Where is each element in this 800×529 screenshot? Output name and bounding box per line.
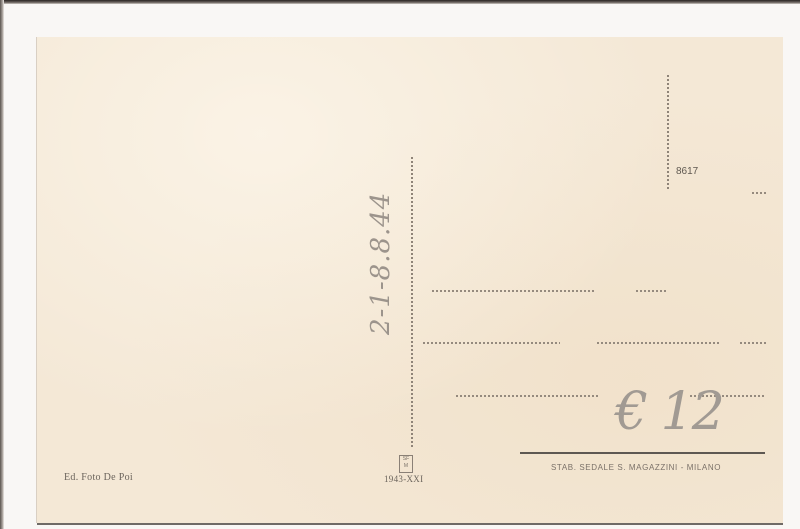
catalog-number: 8617 [676,166,698,177]
address-line-3 [456,395,600,397]
scan-edge-top [0,0,800,4]
address-line-2b [597,342,720,344]
stamp-box-bottom [752,192,766,194]
publisher-credit: Ed. Foto De Poi [64,472,133,483]
handwritten-price: € 12 [615,382,723,442]
address-line-1b [636,290,668,292]
printer-credit: STAB. SEDALE S. MAGAZZINI - MILANO [551,463,721,472]
stamp-box-edge [667,75,669,190]
censor-mark: SF M [399,455,413,473]
censor-mark-line2: M [400,463,412,470]
address-line-2c [740,342,766,344]
censor-mark-line1: SF [400,456,412,463]
address-line-2 [423,342,560,344]
address-line-4 [520,452,765,454]
center-divider [411,157,413,447]
handwritten-vertical-note: 2-1-8.8.44 [366,192,396,335]
year-mark: 1943-XXI [384,474,423,484]
address-line-1 [432,290,595,292]
postcard-back [37,37,783,523]
scan-edge-left [0,0,4,529]
